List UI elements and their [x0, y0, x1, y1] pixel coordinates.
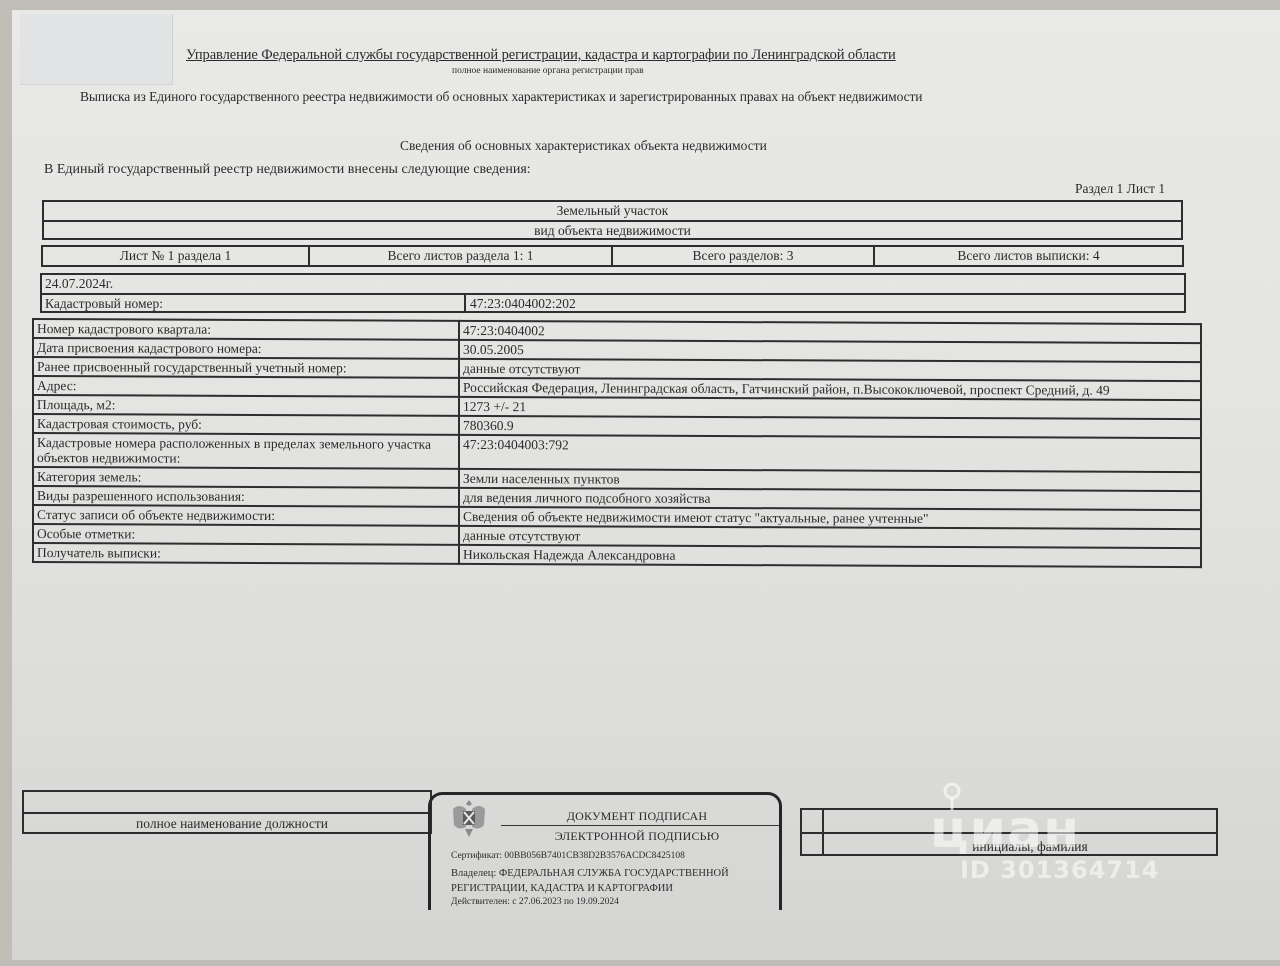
property-label: Особые отметки: [33, 524, 459, 545]
object-type-caption: вид объекта недвижимости [44, 220, 1181, 240]
property-label: Площадь, м2: [33, 395, 459, 416]
extract-date: 24.07.2024г. [42, 275, 1184, 295]
stamp-title-line1: ДОКУМЕНТ ПОДПИСАН [501, 809, 773, 824]
watermark-id: ID 301364714 [960, 856, 1160, 884]
property-row: Кадастровые номера расположенных в преде… [33, 433, 1201, 472]
cadastral-number-label: Кадастровый номер: [42, 295, 466, 313]
property-label: Кадастровая стоимость, руб: [33, 414, 459, 435]
sheet-number: Лист № 1 раздела 1 [43, 247, 310, 265]
object-type: Земельный участок [44, 202, 1181, 220]
stamp-owner-line2: РЕГИСТРАЦИИ, КАДАСТРА И КАРТОГРАФИИ [451, 883, 673, 894]
folded-corner [20, 14, 173, 85]
property-value: 47:23:0404003:792 [459, 435, 1201, 472]
property-label: Кадастровые номера расположенных в преде… [33, 433, 459, 469]
property-row: Получатель выписки:Никольская Надежда Ал… [33, 543, 1201, 567]
total-sheets: Всего листов выписки: 4 [875, 247, 1182, 265]
object-type-box: Земельный участок вид объекта недвижимос… [42, 200, 1183, 240]
property-label: Статус записи об объекте недвижимости: [33, 505, 459, 526]
properties-table: Номер кадастрового квартала:47:23:040400… [32, 318, 1202, 568]
cadastral-number-value: 47:23:0404002:202 [466, 295, 576, 313]
entered-intro: В Единый государственный реестр недвижим… [44, 162, 531, 178]
property-label: Категория земель: [33, 467, 459, 488]
section-sheet-label: Раздел 1 Лист 1 [1075, 181, 1165, 197]
organization-name: Управление Федеральной службы государств… [186, 47, 896, 64]
watermark-brand: циан [930, 800, 1080, 860]
date-and-cadastral-box: 24.07.2024г. Кадастровый номер: 47:23:04… [40, 273, 1186, 313]
position-signature-box: полное наименование должности [22, 790, 432, 834]
electronic-signature-stamp: ДОКУМЕНТ ПОДПИСАН ЭЛЕКТРОННОЙ ПОДПИСЬЮ С… [428, 792, 782, 910]
position-caption: полное наименование должности [24, 814, 430, 834]
stamp-title-line2: ЭЛЕКТРОННОЙ ПОДПИСЬЮ [501, 829, 773, 844]
sheet-info-row: Лист № 1 раздела 1 Всего листов раздела … [41, 245, 1184, 267]
property-label: Адрес: [33, 376, 459, 397]
section-title: Сведения об основных характеристиках объ… [400, 138, 767, 154]
extract-title: Выписка из Единого государственного реес… [80, 89, 922, 105]
property-label: Получатель выписки: [33, 543, 459, 564]
property-label: Номер кадастрового квартала: [33, 319, 459, 340]
property-label: Виды разрешенного использования: [33, 486, 459, 507]
coat-of-arms-icon [449, 797, 489, 839]
property-label: Дата присвоения кадастрового номера: [33, 338, 459, 359]
sheets-in-section: Всего листов раздела 1: 1 [310, 247, 613, 265]
total-sections: Всего разделов: 3 [613, 247, 875, 265]
stamp-validity: Действителен: с 27.06.2023 по 19.09.2024 [451, 897, 619, 907]
property-label: Ранее присвоенный государственный учетны… [33, 357, 459, 378]
property-value: Никольская Надежда Александровна [459, 545, 1201, 567]
stamp-certificate: Сертификат: 00BB056B7401CB38D2B3576ACDC8… [451, 851, 685, 861]
stamp-owner-line1: Владелец: ФЕДЕРАЛЬНАЯ СЛУЖБА ГОСУДАРСТВЕ… [451, 868, 729, 879]
organization-caption: полное наименование органа регистрации п… [452, 66, 644, 76]
